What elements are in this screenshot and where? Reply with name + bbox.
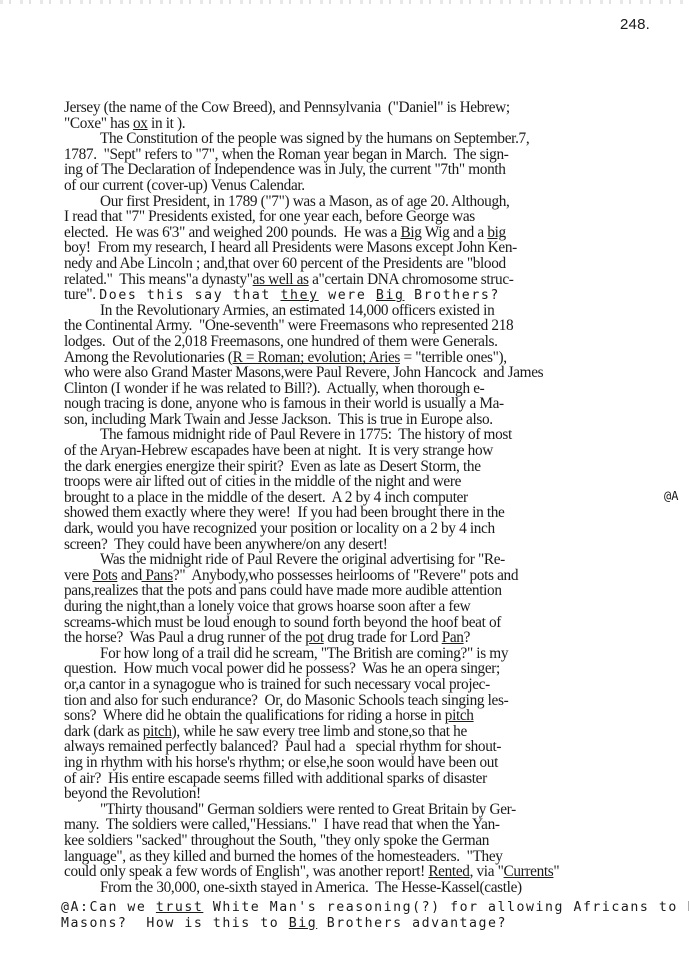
- text-line: screen? They could have been anywhere/on…: [64, 537, 689, 553]
- text-run: Clinton (I wonder if he was related to B…: [64, 380, 484, 397]
- text-run: kee soldiers "sacked" throughout the Sou…: [64, 832, 489, 849]
- text-run: Among the Revolutionaries (: [64, 349, 233, 366]
- text-line: Clinton (I wonder if he was related to B…: [64, 381, 689, 397]
- text-line: I read that "7" Presidents existed, for …: [64, 209, 689, 225]
- underlined-text: ox: [133, 115, 148, 132]
- text-line: Was the midnight ride of Paul Revere the…: [64, 552, 689, 568]
- text-run: I read that "7" Presidents existed, for …: [64, 208, 475, 225]
- scan-edge-artifact: [0, 0, 689, 4]
- text-line: ing of The Declaration of Independence w…: [64, 162, 689, 178]
- overlined-text: that: [142, 582, 164, 599]
- text-run: "Thirty thousand" German soldiers were r…: [100, 801, 516, 818]
- text-line: Jersey (the name of the Cow Breed), and …: [64, 100, 689, 116]
- underlined-text: pitch: [143, 723, 172, 740]
- text-run: In the Revolutionary Armies, an estimate…: [100, 302, 494, 319]
- text-line: ing in rhythm with his horse's rhythm; o…: [64, 755, 689, 771]
- text-line: "Thirty thousand" German soldiers were r…: [64, 802, 689, 818]
- text-run: who were also Grand Master: [64, 364, 235, 381]
- text-run: troops were air lifted out of cities in …: [64, 473, 461, 490]
- margin-note-marker: @A: [664, 489, 678, 503]
- underlined-text: pitch: [445, 707, 474, 724]
- text-run: = Roman;: [242, 349, 307, 366]
- text-run: in it ).: [148, 115, 186, 132]
- text-run: always remained perfectly balanced? Paul…: [64, 738, 501, 755]
- text-line: The Constitution of the people was signe…: [64, 131, 689, 147]
- text-line: Among the Revolutionaries (R = Roman; ev…: [64, 350, 689, 366]
- text-run: 1787. "Sept" refers to "7", when the Rom…: [64, 146, 509, 163]
- text-line: troops were air lifted out of cities in …: [64, 474, 689, 490]
- text-run: question. How much vocal power did he po…: [64, 660, 500, 677]
- text-run: elected. He was 6'3" and weighed 200 pou…: [64, 224, 400, 241]
- text-run: nedy and Abe Lincoln ; and,that over 60 …: [64, 255, 506, 272]
- text-line: question. How much vocal power did he po…: [64, 661, 689, 677]
- text-run: could only speak a few words of English"…: [64, 863, 428, 880]
- text-run: The famous midnight ride of Paul Revere …: [100, 426, 512, 443]
- text-line: the horse? Was Paul a drug runner of the…: [64, 630, 689, 646]
- text-line: The famous midnight ride of Paul Revere …: [64, 427, 689, 443]
- text-run: ?: [464, 629, 470, 646]
- text-run: , John Hancock and James: [386, 364, 543, 381]
- text-line: nough tracing is done, anyone who is fam…: [64, 396, 689, 412]
- text-line: kee soldiers "sacked" throughout the Sou…: [64, 833, 689, 849]
- text-line: could only speak a few words of English"…: [64, 864, 689, 880]
- text-line: brought to a place in the middle of the …: [64, 490, 689, 506]
- text-line: ture". Does this say that they were Big …: [64, 287, 689, 303]
- text-run: the dark energies energize their spirit?…: [64, 458, 481, 475]
- text-run: ), while he saw every tree limb and ston…: [172, 723, 467, 740]
- text-run: screams-which must be loud enough to sou…: [64, 614, 501, 631]
- footnote-line: Masons? How is this to Big Brothers adva…: [61, 916, 681, 932]
- page-number: 248.: [620, 16, 650, 33]
- text-line: beyond the Revolution!: [64, 786, 689, 802]
- text-run: sons? Where did he obtain the qualificat…: [64, 707, 445, 724]
- text-run: For how long of a trail did he scream, "…: [100, 645, 508, 662]
- text-line: nedy and Abe Lincoln ; and,that over 60 …: [64, 256, 689, 272]
- text-line: screams-which must be loud enough to sou…: [64, 615, 689, 631]
- text-run: ": [553, 863, 559, 880]
- text-run: showed them exactly where they were! If …: [64, 504, 504, 521]
- text-line: boy! From my research, I heard all Presi…: [64, 240, 689, 256]
- underlined-text: Aries: [369, 349, 400, 366]
- text-run: ing in rhythm with his horse's rhythm; o…: [64, 754, 498, 771]
- text-run: of our current (cover-up) Venus Calendar…: [64, 177, 305, 194]
- text-run: language", as they killed and burned the…: [64, 848, 503, 865]
- text-line: "Coxe" has ox in it ).: [64, 116, 689, 132]
- text-run: Jersey (the name of the Cow Breed), and …: [64, 99, 510, 116]
- text-run: pans,realizes: [64, 582, 142, 599]
- text-line: of air? His entire escapade seems filled…: [64, 771, 689, 787]
- text-run: screen? They could have been anywhere/on…: [64, 536, 388, 553]
- document-body: Jersey (the name of the Cow Breed), and …: [64, 100, 689, 895]
- overlined-text: Masons,were Paul Revere: [235, 364, 386, 381]
- text-run: The Constitution of the people was signe…: [100, 130, 529, 147]
- underlined-text: Big: [289, 916, 317, 931]
- underlined-text: as well as: [253, 271, 309, 288]
- text-line: the dark energies energize their spirit?…: [64, 459, 689, 475]
- text-run: son, including Mark Twain and Jesse Jack…: [64, 411, 493, 428]
- text-run: From the 30,000, one-sixth stayed in Ame…: [100, 879, 522, 896]
- underlined-text: Pan: [442, 629, 464, 646]
- text-line: In the Revolutionary Armies, an estimate…: [64, 303, 689, 319]
- text-run: brought to a place in the middle of the …: [64, 489, 468, 506]
- underlined-text: trust: [156, 900, 203, 915]
- text-run: lodges. Out of the 2,018 Freemasons, one…: [64, 333, 498, 350]
- text-run: dark, would you have recognized your pos…: [64, 520, 495, 537]
- underlined-text: Big: [400, 224, 421, 241]
- text-run: the pots and pans could have made more a…: [163, 582, 502, 599]
- text-line: showed them exactly where they were! If …: [64, 505, 689, 521]
- text-line: Our first President, in 1789 ("7") was a…: [64, 194, 689, 210]
- footnote: @A:Can we trust White Man's reasoning(?)…: [61, 900, 681, 931]
- text-run: ing of The Declaration of Independence w…: [64, 161, 506, 178]
- text-run: drug trade for Lord: [324, 629, 442, 646]
- underlined-text: Currents: [504, 863, 554, 880]
- text-run: White Man's reasoning(?) for allowing Af…: [203, 900, 689, 915]
- text-run: tion and also for such endurance? Or, do…: [64, 692, 508, 709]
- text-run: the Continental Army. "One-seventh" were…: [64, 317, 513, 334]
- text-run: @A:Can we: [61, 900, 156, 915]
- text-line: of the Aryan-Hebrew escapades have been …: [64, 443, 689, 459]
- text-run: of air? His entire escapade seems filled…: [64, 770, 487, 787]
- text-line: related." This means"a dynasty"as well a…: [64, 272, 689, 288]
- text-line: lodges. Out of the 2,018 Freemasons, one…: [64, 334, 689, 350]
- text-run: = "terrible ones"),: [400, 349, 507, 366]
- text-run: ture".: [64, 286, 99, 303]
- text-line: dark (dark as pitch), while he saw every…: [64, 724, 689, 740]
- text-line: sons? Where did he obtain the qualificat…: [64, 708, 689, 724]
- underlined-text: pot: [305, 629, 324, 646]
- text-run: "Coxe" has: [64, 115, 133, 132]
- text-run: , via ": [470, 863, 504, 880]
- text-run: boy! From my research, I heard all Presi…: [64, 239, 517, 256]
- text-line: many. The soldiers were called,"Hessians…: [64, 817, 689, 833]
- text-run: beyond the Revolution!: [64, 785, 201, 802]
- text-line: tion and also for such endurance? Or, do…: [64, 693, 689, 709]
- text-line: son, including Mark Twain and Jesse Jack…: [64, 412, 689, 428]
- text-line: the Continental Army. "One-seventh" were…: [64, 318, 689, 334]
- text-run: Wig and a: [422, 224, 488, 241]
- text-line: pans,realizes that the pots and pans cou…: [64, 583, 689, 599]
- text-run: Brothers advantage?: [317, 916, 507, 931]
- underlined-text: big: [487, 224, 506, 241]
- underlined-text: evolution: [307, 349, 362, 366]
- text-run: dark (dark as: [64, 723, 143, 740]
- footnote-line: @A:Can we trust White Man's reasoning(?)…: [61, 900, 681, 916]
- text-line: language", as they killed and burned the…: [64, 849, 689, 865]
- text-line: For how long of a trail did he scream, "…: [64, 646, 689, 662]
- text-line: of our current (cover-up) Venus Calendar…: [64, 178, 689, 194]
- text-line: 1787. "Sept" refers to "7", when the Rom…: [64, 147, 689, 163]
- underlined-text: Rented: [428, 863, 469, 880]
- text-line: elected. He was 6'3" and weighed 200 pou…: [64, 225, 689, 241]
- text-line: during the night,than a lonely voice tha…: [64, 599, 689, 615]
- text-line: or,a cantor in a synagogue who is traine…: [64, 677, 689, 693]
- text-run: many. The soldiers were called,"Hessians…: [64, 816, 500, 833]
- text-run: a"certain DNA chromosome struc-: [309, 271, 514, 288]
- text-run: the horse? Was Paul a drug runner of the: [64, 629, 305, 646]
- text-run: Our first President, in 1789 ("7") was a…: [100, 193, 510, 210]
- text-run: or,a cantor in a synagogue who is traine…: [64, 676, 490, 693]
- text-run: nough tracing is done, anyone who is fam…: [64, 395, 504, 412]
- text-line: who were also Grand Master Masons,were P…: [64, 365, 689, 381]
- text-run: related." This means"a dynasty": [64, 271, 253, 288]
- text-run: Masons? How is this to: [61, 916, 289, 931]
- text-run: of the Aryan-Hebrew escapades have been …: [64, 442, 493, 459]
- text-run: Was the midnight ride of Paul Revere the…: [100, 551, 505, 568]
- underlined-text: R: [233, 349, 243, 366]
- text-line: From the 30,000, one-sixth stayed in Ame…: [64, 880, 689, 896]
- text-line: always remained perfectly balanced? Paul…: [64, 739, 689, 755]
- text-line: dark, would you have recognized your pos…: [64, 521, 689, 537]
- text-run: during the night,than a lonely voice tha…: [64, 598, 470, 615]
